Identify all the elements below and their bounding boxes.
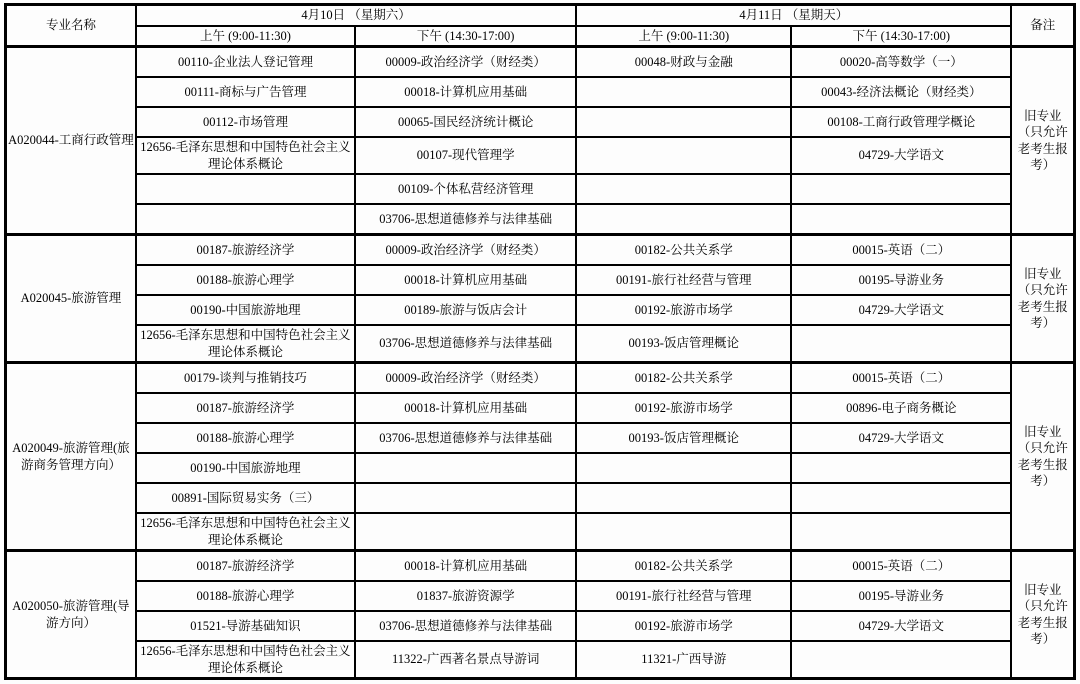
course-cell: 00043-经济法概论（财经类） — [791, 77, 1011, 107]
table-row: 00187-旅游经济学00018-计算机应用基础00192-旅游市场学00896… — [6, 393, 1075, 423]
remark-cell: 旧专业（只允许老考生报考） — [1011, 363, 1074, 551]
course-cell: 00111-商标与广告管理 — [136, 77, 355, 107]
header-date-day2: 4月11日 （星期天） — [576, 5, 1011, 26]
course-cell: 00187-旅游经济学 — [136, 393, 355, 423]
table-row: 12656-毛泽东思想和中国特色社会主义理论体系概论11322-广西著名景点导游… — [6, 641, 1075, 679]
course-cell: 00018-计算机应用基础 — [355, 265, 576, 295]
course-cell: 00182-公共关系学 — [576, 363, 791, 394]
course-cell: 00009-政治经济学（财经类） — [355, 47, 576, 78]
course-cell: 00192-旅游市场学 — [576, 611, 791, 641]
course-cell: 00188-旅游心理学 — [136, 265, 355, 295]
course-cell: 00018-计算机应用基础 — [355, 393, 576, 423]
header-major-name: 专业名称 — [6, 5, 136, 47]
empty-cell — [576, 483, 791, 513]
course-cell: 01521-导游基础知识 — [136, 611, 355, 641]
course-cell: 04729-大学语文 — [791, 137, 1011, 174]
course-cell: 00018-计算机应用基础 — [355, 77, 576, 107]
empty-cell — [136, 174, 355, 204]
course-cell: 00020-高等数学（一） — [791, 47, 1011, 78]
course-cell: 00189-旅游与饭店会计 — [355, 295, 576, 325]
major-cell: A020044-工商行政管理 — [6, 47, 136, 235]
course-cell: 00193-饭店管理概论 — [576, 423, 791, 453]
empty-cell — [791, 513, 1011, 551]
table-row: 00190-中国旅游地理 — [6, 453, 1075, 483]
header-row-dates: 专业名称 4月10日 （星期六） 4月11日 （星期天） 备注 — [6, 5, 1075, 26]
course-cell: 00190-中国旅游地理 — [136, 453, 355, 483]
course-cell: 00048-财政与金融 — [576, 47, 791, 78]
exam-schedule-table: 专业名称 4月10日 （星期六） 4月11日 （星期天） 备注 上午 (9:00… — [4, 3, 1076, 680]
header-day2-am: 上午 (9:00-11:30) — [576, 26, 791, 47]
course-cell: 00192-旅游市场学 — [576, 393, 791, 423]
header-day1-am: 上午 (9:00-11:30) — [136, 26, 355, 47]
table-row: 00188-旅游心理学00018-计算机应用基础00191-旅行社经营与管理00… — [6, 265, 1075, 295]
table-row: 12656-毛泽东思想和中国特色社会主义理论体系概论00107-现代管理学047… — [6, 137, 1075, 174]
table-row: 12656-毛泽东思想和中国特色社会主义理论体系概论03706-思想道德修养与法… — [6, 325, 1075, 363]
course-cell: 00193-饭店管理概论 — [576, 325, 791, 363]
table-row: 00188-旅游心理学01837-旅游资源学00191-旅行社经营与管理0019… — [6, 581, 1075, 611]
course-cell: 12656-毛泽东思想和中国特色社会主义理论体系概论 — [136, 641, 355, 679]
course-cell: 00195-导游业务 — [791, 581, 1011, 611]
course-cell: 04729-大学语文 — [791, 423, 1011, 453]
course-cell: 03706-思想道德修养与法律基础 — [355, 325, 576, 363]
table-row: 12656-毛泽东思想和中国特色社会主义理论体系概论 — [6, 513, 1075, 551]
table-row: 00190-中国旅游地理00189-旅游与饭店会计00192-旅游市场学0472… — [6, 295, 1075, 325]
empty-cell — [576, 513, 791, 551]
empty-cell — [791, 174, 1011, 204]
major-cell: A020049-旅游管理(旅游商务管理方向） — [6, 363, 136, 551]
table-row: 00188-旅游心理学03706-思想道德修养与法律基础00193-饭店管理概论… — [6, 423, 1075, 453]
empty-cell — [791, 483, 1011, 513]
table-row: A020049-旅游管理(旅游商务管理方向）00179-谈判与推销技巧00009… — [6, 363, 1075, 394]
table-row: 00109-个体私营经济管理 — [6, 174, 1075, 204]
header-date-day1: 4月10日 （星期六） — [136, 5, 576, 26]
course-cell: 00190-中国旅游地理 — [136, 295, 355, 325]
empty-cell — [576, 137, 791, 174]
table-row: A020044-工商行政管理00110-企业法人登记管理00009-政治经济学（… — [6, 47, 1075, 78]
course-cell: 00110-企业法人登记管理 — [136, 47, 355, 78]
course-cell: 00891-国际贸易实务（三） — [136, 483, 355, 513]
empty-cell — [355, 513, 576, 551]
course-cell: 12656-毛泽东思想和中国特色社会主义理论体系概论 — [136, 513, 355, 551]
course-cell: 00009-政治经济学（财经类） — [355, 363, 576, 394]
course-cell: 00108-工商行政管理学概论 — [791, 107, 1011, 137]
course-cell: 00015-英语（二） — [791, 551, 1011, 582]
header-row-sessions: 上午 (9:00-11:30) 下午 (14:30-17:00) 上午 (9:0… — [6, 26, 1075, 47]
remark-cell: 旧专业（只允许老考生报考） — [1011, 235, 1074, 363]
empty-cell — [136, 204, 355, 235]
course-cell: 00015-英语（二） — [791, 363, 1011, 394]
empty-cell — [576, 107, 791, 137]
table-row: 00111-商标与广告管理00018-计算机应用基础00043-经济法概论（财经… — [6, 77, 1075, 107]
remark-cell: 旧专业（只允许老考生报考） — [1011, 47, 1074, 235]
course-cell: 00187-旅游经济学 — [136, 235, 355, 266]
course-cell: 00182-公共关系学 — [576, 551, 791, 582]
course-cell: 04729-大学语文 — [791, 611, 1011, 641]
table-row: 00112-市场管理00065-国民经济统计概论00108-工商行政管理学概论 — [6, 107, 1075, 137]
course-cell: 00182-公共关系学 — [576, 235, 791, 266]
remark-cell: 旧专业（只允许老考生报考） — [1011, 551, 1074, 679]
course-cell: 00188-旅游心理学 — [136, 423, 355, 453]
course-cell: 12656-毛泽东思想和中国特色社会主义理论体系概论 — [136, 325, 355, 363]
empty-cell — [791, 204, 1011, 235]
course-cell: 11321-广西导游 — [576, 641, 791, 679]
major-cell: A020050-旅游管理(导游方向） — [6, 551, 136, 679]
course-cell: 00191-旅行社经营与管理 — [576, 265, 791, 295]
table-row: A020050-旅游管理(导游方向）00187-旅游经济学00018-计算机应用… — [6, 551, 1075, 582]
course-cell: 00188-旅游心理学 — [136, 581, 355, 611]
table-row: A020045-旅游管理00187-旅游经济学00009-政治经济学（财经类）0… — [6, 235, 1075, 266]
empty-cell — [791, 453, 1011, 483]
course-cell: 00112-市场管理 — [136, 107, 355, 137]
empty-cell — [355, 483, 576, 513]
course-cell: 00009-政治经济学（财经类） — [355, 235, 576, 266]
empty-cell — [791, 325, 1011, 363]
course-cell: 00109-个体私营经济管理 — [355, 174, 576, 204]
course-cell: 01837-旅游资源学 — [355, 581, 576, 611]
table-row: 00891-国际贸易实务（三） — [6, 483, 1075, 513]
course-cell: 03706-思想道德修养与法律基础 — [355, 204, 576, 235]
table-header: 专业名称 4月10日 （星期六） 4月11日 （星期天） 备注 上午 (9:00… — [6, 5, 1075, 47]
table-row: 01521-导游基础知识03706-思想道德修养与法律基础00192-旅游市场学… — [6, 611, 1075, 641]
page: 专业名称 4月10日 （星期六） 4月11日 （星期天） 备注 上午 (9:00… — [0, 0, 1080, 684]
empty-cell — [576, 77, 791, 107]
course-cell: 00896-电子商务概论 — [791, 393, 1011, 423]
course-cell: 00192-旅游市场学 — [576, 295, 791, 325]
header-remark: 备注 — [1011, 5, 1074, 47]
empty-cell — [791, 641, 1011, 679]
course-cell: 12656-毛泽东思想和中国特色社会主义理论体系概论 — [136, 137, 355, 174]
course-cell: 00015-英语（二） — [791, 235, 1011, 266]
header-day2-pm: 下午 (14:30-17:00) — [791, 26, 1011, 47]
course-cell: 04729-大学语文 — [791, 295, 1011, 325]
major-cell: A020045-旅游管理 — [6, 235, 136, 363]
course-cell: 00191-旅行社经营与管理 — [576, 581, 791, 611]
course-cell: 00018-计算机应用基础 — [355, 551, 576, 582]
schedule-table-body: A020044-工商行政管理00110-企业法人登记管理00009-政治经济学（… — [6, 47, 1075, 679]
course-cell: 00187-旅游经济学 — [136, 551, 355, 582]
course-cell: 03706-思想道德修养与法律基础 — [355, 423, 576, 453]
empty-cell — [576, 453, 791, 483]
table-row: 03706-思想道德修养与法律基础 — [6, 204, 1075, 235]
course-cell: 00065-国民经济统计概论 — [355, 107, 576, 137]
course-cell: 00195-导游业务 — [791, 265, 1011, 295]
course-cell: 11322-广西著名景点导游词 — [355, 641, 576, 679]
course-cell: 00179-谈判与推销技巧 — [136, 363, 355, 394]
header-day1-pm: 下午 (14:30-17:00) — [355, 26, 576, 47]
course-cell: 03706-思想道德修养与法律基础 — [355, 611, 576, 641]
empty-cell — [576, 204, 791, 235]
empty-cell — [355, 453, 576, 483]
empty-cell — [576, 174, 791, 204]
course-cell: 00107-现代管理学 — [355, 137, 576, 174]
